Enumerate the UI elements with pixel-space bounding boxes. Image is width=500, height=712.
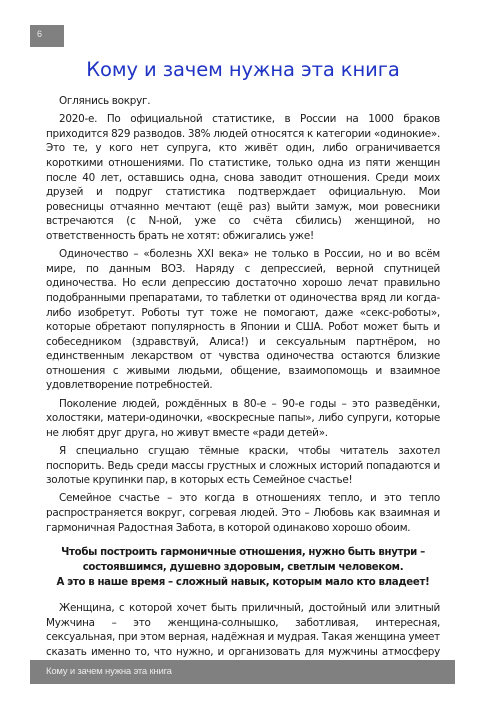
chapter-title: Кому и зачем нужна эта книга [0,58,486,81]
paragraph: Я специально сгущаю тёмные краски, чтобы… [46,444,440,488]
body-text: Оглянись вокруг. 2020-е. По официальной … [46,94,440,678]
paragraph: Оглянись вокруг. [46,94,440,109]
page-number-badge: 6 [30,25,64,47]
paragraph: Одиночество – «болезнь XXI века» не толь… [46,247,440,393]
paragraph: Поколение людей, рождённых в 80-е – 90-е… [46,397,440,441]
page-number: 6 [37,29,42,39]
paragraph: 2020-е. По официальной статистике, в Рос… [46,112,440,243]
running-title: Кому и зачем нужна эта книга [46,666,172,677]
footer-running-title-bar: Кому и зачем нужна эта книга [30,660,455,684]
paragraph: Семейное счастье – это когда в отношения… [46,491,440,535]
callout-line: состоявшимся, душевно здоровым, светлым … [46,560,440,575]
bold-callout: Чтобы построить гармоничные отношения, н… [46,545,440,590]
callout-line: Чтобы построить гармоничные отношения, н… [46,545,440,560]
callout-line: А это в наше время – сложный навык, кото… [46,575,440,590]
